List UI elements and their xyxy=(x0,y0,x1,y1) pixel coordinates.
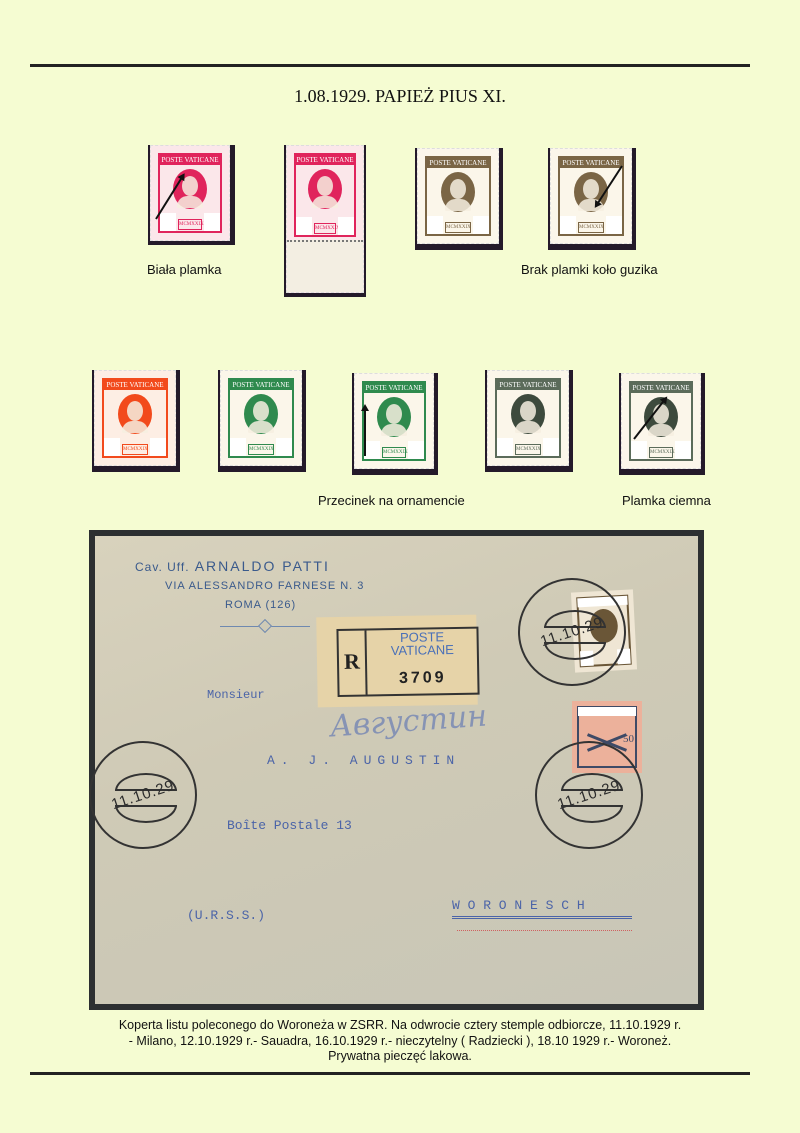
postmark-left: 11.10.29 xyxy=(89,741,197,849)
caption-white-spot: Biała plamka xyxy=(147,262,221,277)
addressee-name: A. J. AUGUSTIN xyxy=(267,753,460,768)
page-title: 1.08.1929. PAPIEŻ PIUS XI. xyxy=(0,86,800,107)
stamp-2-lire: POSTE VATICANE LIRE2 MCMXXIX LIRE2 xyxy=(417,148,499,244)
addressee-salutation: Monsieur xyxy=(207,688,265,702)
arrow-pointer-icon xyxy=(364,406,366,456)
cover-description: Koperta listu poleconego do Woroneża w Z… xyxy=(0,1018,800,1065)
sheet-margin xyxy=(287,240,363,292)
ornament-divider xyxy=(220,626,310,627)
stamp-10-lire-dark-spot: POSTE VATICANE LIRE10 MCMXXIX LIRE10 xyxy=(621,373,701,469)
sender-city: ROMA (126) xyxy=(225,599,296,611)
caption-missing-spot: Brak plamki koło guzika xyxy=(521,262,658,277)
caption-comma-on-ornament: Przecinek na ornamencie xyxy=(318,493,465,508)
red-dotted-line xyxy=(457,930,632,931)
postmark-top-right: 11.10.29 xyxy=(518,578,626,686)
sender-address: VIA ALESSANDRO FARNESE N. 3 xyxy=(165,580,364,592)
addressee-city: W O R O N E S C H xyxy=(452,898,585,913)
registration-label: R POSTE VATICANE 3709 xyxy=(316,615,478,708)
stamp-2-50-lire: POSTE VATICANE LIRE2,50 MCMXXIX LIRE2,50 xyxy=(94,370,176,466)
city-underline xyxy=(452,916,632,919)
stamp-80-cent-with-margin: POSTE VATICANE CENT80 MCMXXIX CENT80 xyxy=(286,145,364,293)
registered-envelope: Cav. Uff. ARNALDO PATTI VIA ALESSANDRO F… xyxy=(95,536,698,1004)
stamp-5-lire: POSTE VATICANE LIRE5 MCMXXIX LIRE5 xyxy=(220,370,302,466)
stamp-2-lire-missing-spot: POSTE VATICANE LIRE2 MCMXXIX LIRE2 xyxy=(550,148,632,244)
stamp-80-cent-white-spot: POSTE VATICANE CENT80 MCMXXIX CENT80 xyxy=(150,145,230,241)
addressee-po-box: Boîte Postale 13 xyxy=(227,818,352,833)
bottom-divider xyxy=(30,1072,750,1075)
addressee-country: (U.R.S.S.) xyxy=(187,908,265,923)
registration-number: 3709 xyxy=(375,669,470,689)
postmark-bottom-right: 11.10.29 xyxy=(535,741,643,849)
top-divider xyxy=(30,64,750,67)
stamp-10-lire: POSTE VATICANE LIRE10 MCMXXIX LIRE10 xyxy=(487,370,569,466)
registration-letter: R xyxy=(338,631,367,695)
caption-dark-spot: Plamka ciemna xyxy=(622,493,711,508)
stamp-5-lire-comma: POSTE VATICANE LIRE5 MCMXXIX LIRE5 xyxy=(354,373,434,469)
sender-name: Cav. Uff. ARNALDO PATTI xyxy=(135,558,330,574)
